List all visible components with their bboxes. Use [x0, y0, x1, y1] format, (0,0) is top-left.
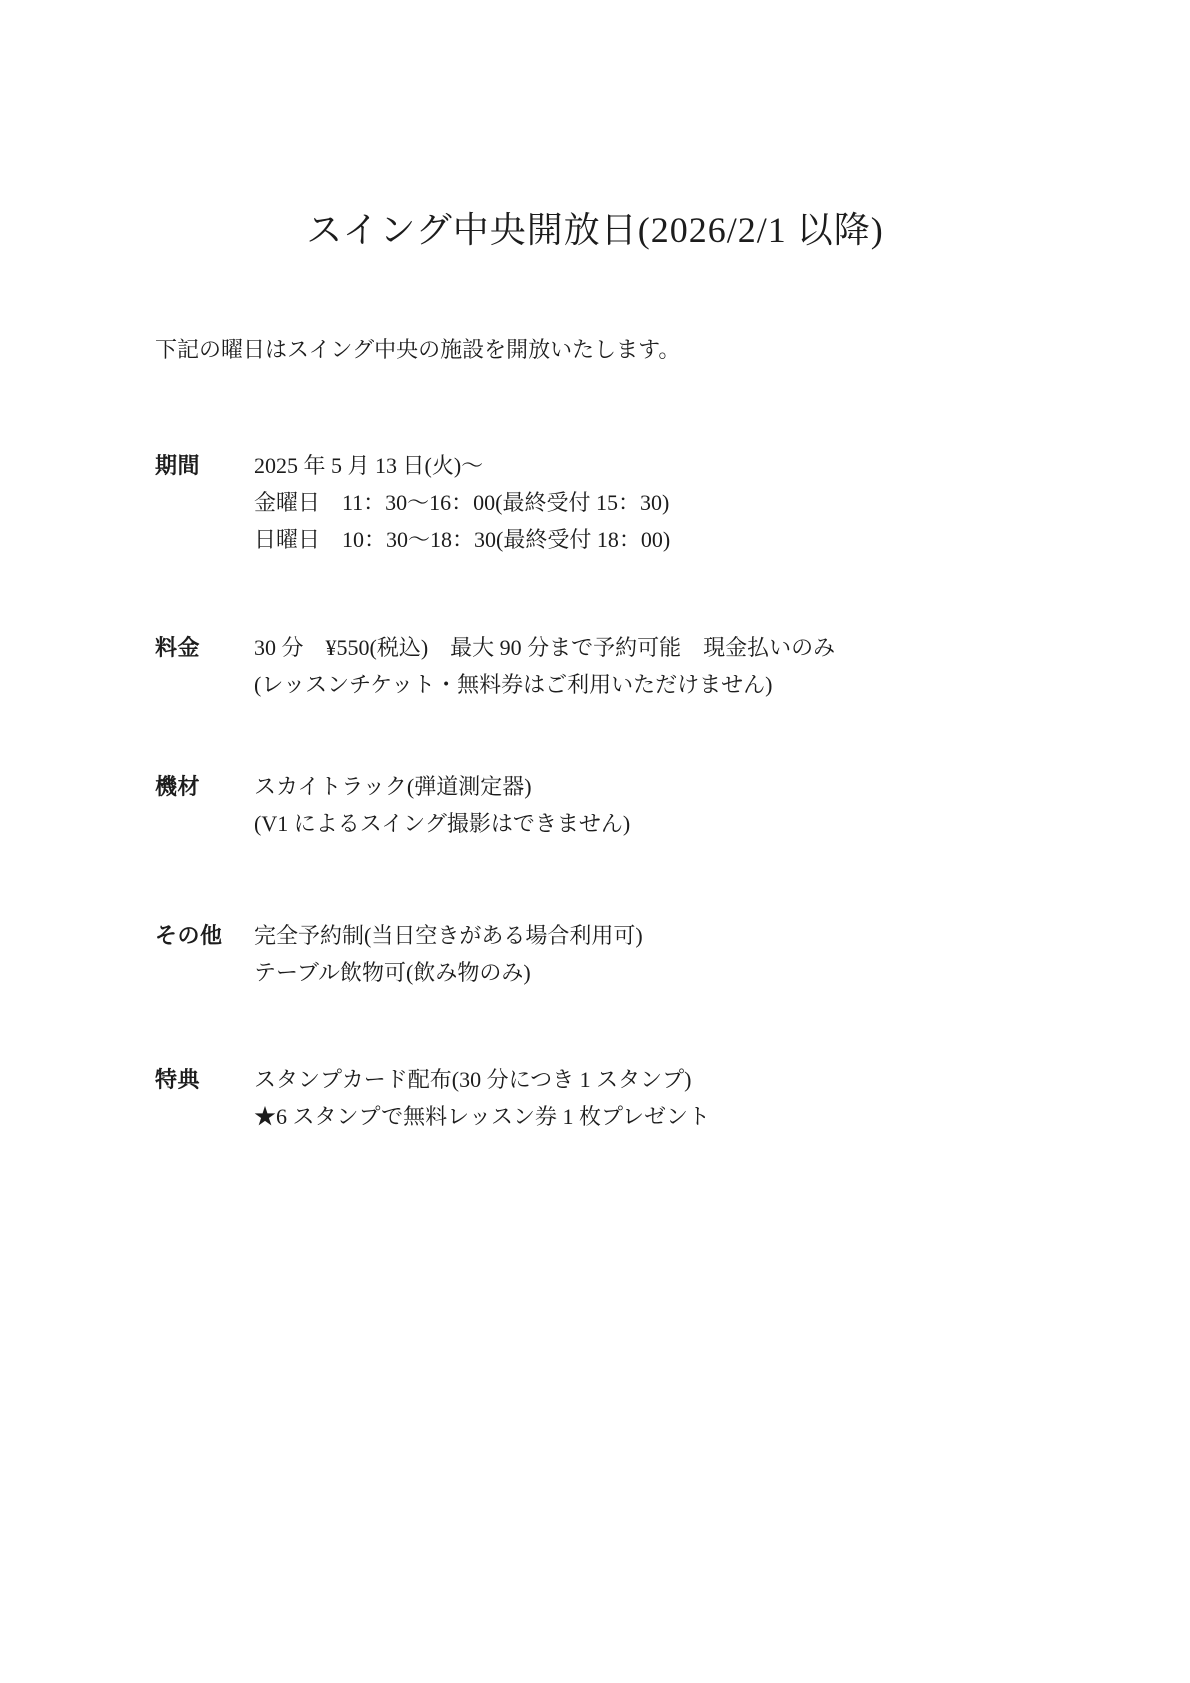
section-other: その他 完全予約制(当日空きがある場合利用可) テーブル飲物可(飲み物のみ): [155, 917, 643, 991]
section-fee: 料金 30 分 ¥550(税込) 最大 90 分まで予約可能 現金払いのみ (レ…: [155, 629, 835, 703]
section-period: 期間 2025 年 5 月 13 日(火)～ 金曜日 11：30～16：00(最…: [155, 447, 670, 558]
section-label: 機材: [155, 768, 254, 805]
section-line: ★6 スタンプで無料レッスン券 1 枚プレゼント: [254, 1098, 710, 1135]
section-benefit: 特典 スタンプカード配布(30 分につき 1 スタンプ) ★6 スタンプで無料レ…: [155, 1061, 710, 1135]
section-content: スカイトラック(弾道測定器) (V1 によるスイング撮影はできません): [254, 768, 630, 842]
section-line: 30 分 ¥550(税込) 最大 90 分まで予約可能 現金払いのみ: [254, 629, 835, 666]
section-content: スタンプカード配布(30 分につき 1 スタンプ) ★6 スタンプで無料レッスン…: [254, 1061, 710, 1135]
section-label: 料金: [155, 629, 254, 666]
section-label: 期間: [155, 447, 254, 484]
section-line: 金曜日 11：30～16：00(最終受付 15：30): [254, 484, 670, 521]
section-line: (V1 によるスイング撮影はできません): [254, 805, 630, 842]
section-content: 2025 年 5 月 13 日(火)～ 金曜日 11：30～16：00(最終受付…: [254, 447, 670, 558]
section-line: テーブル飲物可(飲み物のみ): [254, 954, 643, 991]
page-title: スイング中央開放日(2026/2/1 以降): [0, 203, 1190, 257]
section-content: 完全予約制(当日空きがある場合利用可) テーブル飲物可(飲み物のみ): [254, 917, 643, 991]
document-page: スイング中央開放日(2026/2/1 以降) 下記の曜日はスイング中央の施設を開…: [0, 0, 1190, 1683]
intro-text: 下記の曜日はスイング中央の施設を開放いたします。: [155, 331, 680, 369]
section-content: 30 分 ¥550(税込) 最大 90 分まで予約可能 現金払いのみ (レッスン…: [254, 629, 835, 703]
section-line: 2025 年 5 月 13 日(火)～: [254, 447, 670, 484]
section-line: スタンプカード配布(30 分につき 1 スタンプ): [254, 1061, 710, 1098]
section-equipment: 機材 スカイトラック(弾道測定器) (V1 によるスイング撮影はできません): [155, 768, 630, 842]
section-label: 特典: [155, 1061, 254, 1098]
section-label: その他: [155, 917, 254, 954]
section-line: 日曜日 10：30～18：30(最終受付 18：00): [254, 521, 670, 558]
section-line: 完全予約制(当日空きがある場合利用可): [254, 917, 643, 954]
section-line: スカイトラック(弾道測定器): [254, 768, 630, 805]
section-line: (レッスンチケット・無料券はご利用いただけません): [254, 666, 835, 703]
